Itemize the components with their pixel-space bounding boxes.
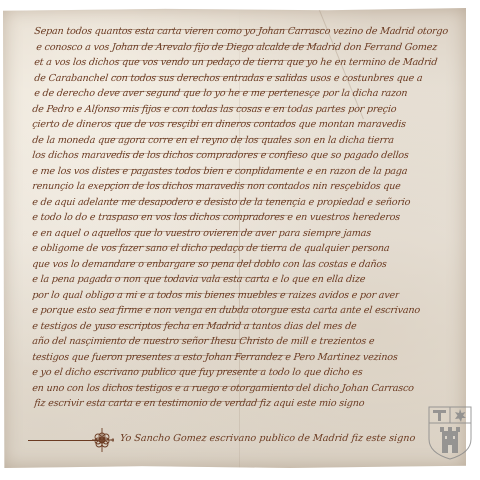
text-line: los dichos maravedis de los dichos compr…: [31, 150, 409, 165]
text-line: Sepan todos quantos esta carta vieren co…: [33, 26, 448, 41]
text-line: año del nasçimiento de nuestro señor Ihe…: [31, 336, 375, 351]
knot-signum-icon: [90, 428, 114, 452]
text-line: por lo qual obligo a mi e a todos mis bi…: [31, 290, 400, 305]
text-line: de Carabanchel con todos sus derechos en…: [33, 73, 423, 88]
text-line: e me los vos distes e pagastes todos bie…: [31, 166, 408, 181]
signum-stroke: [28, 440, 98, 441]
text-line: çierto de dineros que de vos resçibi en …: [31, 119, 406, 134]
signature-text: Yo Sancho Gomez escrivano publico de Mad…: [119, 433, 415, 444]
text-line: que vos lo demandare o enbargare so pena…: [31, 259, 387, 274]
text-line: e porque esto sea firme e non venga en d…: [31, 305, 420, 320]
text-line: et a vos los dichos que vos vendo un ped…: [33, 57, 438, 72]
text-line: e de aqui adelante me desapodero e desis…: [31, 197, 411, 212]
text-line: renunçio la exepçion de los dichos marav…: [31, 181, 401, 196]
text-line: en uno con los dichos testigos e a ruego…: [31, 383, 414, 398]
text-line: testigos que fueron presentes a esto Joh…: [31, 352, 398, 367]
text-line: e en aquel o aquellos que lo vuestro ovi…: [31, 228, 371, 243]
text-line: e de derecho deve aver segund que lo yo …: [33, 88, 408, 103]
coat-of-arms-icon: [427, 405, 473, 461]
text-line: fiz escrivir esta carta e en testimonio …: [33, 398, 365, 413]
text-line: de la moneda que agora corre en el reyno…: [31, 135, 394, 150]
text-line: e yo el dicho escrivano publico que fuy …: [31, 367, 363, 382]
text-line: e obligome de vos fazer sano el dicho pe…: [31, 243, 390, 258]
text-line: e todo lo do e traspaso en vos los dicho…: [31, 212, 400, 227]
text-line: e la pena pagada o non que todavia vala …: [31, 274, 366, 289]
text-line: de Pedro e Alfonso mis fijos e con todas…: [31, 104, 397, 119]
text-line: e conosco a vos Johan de Arevalo fijo de…: [35, 42, 437, 57]
signature-line: Yo Sancho Gomez escrivano publico de Mad…: [28, 428, 368, 452]
text-line: e testigos de yuso escriptos fecha en Ma…: [31, 321, 357, 336]
